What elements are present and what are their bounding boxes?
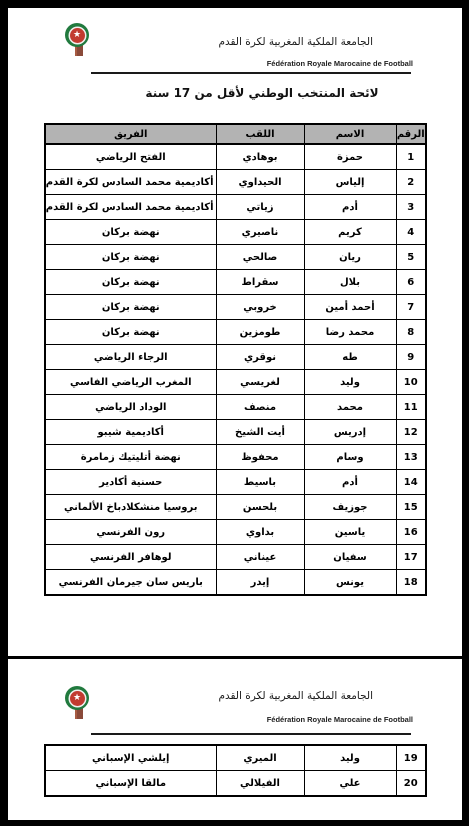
org-name-french: Fédération Royale Marocaine de Football	[267, 715, 413, 724]
cell-number: 5	[396, 245, 426, 270]
col-header-surname: اللقب	[216, 124, 304, 144]
col-header-team: الفريق	[45, 124, 216, 144]
cell-name: وسام	[304, 445, 396, 470]
roster-table-body: 19 وليد الميري إيلشي الإسباني 20 علي الف…	[45, 745, 426, 796]
table-row: 1 حمزة بوهادي الفتح الرياضي	[45, 144, 426, 170]
cell-surname: بداوي	[216, 520, 304, 545]
cell-team: نهضة بركان	[45, 245, 216, 270]
col-header-number: الرقم	[396, 124, 426, 144]
table-row: 12 إدريس أيت الشيخ أكاديمية شيبو	[45, 420, 426, 445]
cell-number: 10	[396, 370, 426, 395]
cell-surname: خروبي	[216, 295, 304, 320]
roster-table-page1: الرقم الاسم اللقب الفريق 1 حمزة بوهادي ا…	[44, 123, 427, 596]
cell-surname: الحيداوي	[216, 170, 304, 195]
table-row: 11 محمد منصف الوداد الرياضي	[45, 395, 426, 420]
crest-ring: ★	[65, 686, 89, 710]
org-name-arabic: الجامعة الملكية المغربية لكرة القدم	[218, 36, 373, 48]
cell-team: نهضة بركان	[45, 320, 216, 345]
cell-surname: الميري	[216, 745, 304, 771]
table-row: 5 ريان صالحي نهضة بركان	[45, 245, 426, 270]
table-row: 15 جوزيف بلحسن بروسيا منشكلادباخ الألمان…	[45, 495, 426, 520]
cell-number: 6	[396, 270, 426, 295]
cell-number: 19	[396, 745, 426, 771]
cell-surname: محفوظ	[216, 445, 304, 470]
cell-surname: طومزين	[216, 320, 304, 345]
cell-name: محمد رضا	[304, 320, 396, 345]
cell-surname: صالحي	[216, 245, 304, 270]
table-row: 20 علي الفيلالي مالقا الإسباني	[45, 771, 426, 797]
frmf-crest-icon: ★	[65, 23, 91, 67]
table-row: 7 أحمد أمين خروبي نهضة بركان	[45, 295, 426, 320]
cell-team: الفتح الرياضي	[45, 144, 216, 170]
cell-team: نهضة بركان	[45, 270, 216, 295]
document-page-1: ★ الجامعة الملكية المغربية لكرة القدم Fé…	[8, 8, 462, 656]
cell-team: نهضة أتليتيك زمامرة	[45, 445, 216, 470]
cell-number: 17	[396, 545, 426, 570]
cell-team: أكاديمية محمد السادس لكرة القدم	[45, 195, 216, 220]
cell-team: حسنية أكادير	[45, 470, 216, 495]
header-divider	[91, 733, 411, 735]
table-row: 6 بلال سقراط نهضة بركان	[45, 270, 426, 295]
cell-team: رون الفرنسي	[45, 520, 216, 545]
cell-name: محمد	[304, 395, 396, 420]
cell-name: وليد	[304, 370, 396, 395]
cell-number: 13	[396, 445, 426, 470]
cell-number: 16	[396, 520, 426, 545]
cell-team: أكاديمية شيبو	[45, 420, 216, 445]
roster-table-page2: 19 وليد الميري إيلشي الإسباني 20 علي الف…	[44, 744, 427, 797]
document-title: لائحة المنتخب الوطني لأقل من 17 سنة	[112, 86, 412, 100]
cell-surname: بوهادي	[216, 144, 304, 170]
table-row: 19 وليد الميري إيلشي الإسباني	[45, 745, 426, 771]
cell-team: نهضة بركان	[45, 220, 216, 245]
table-row: 9 طه نوقري الرجاء الرياضي	[45, 345, 426, 370]
table-row: 14 أدم باسيط حسنية أكادير	[45, 470, 426, 495]
cell-name: علي	[304, 771, 396, 797]
table-row: 17 سفيان عيناني لوهافر الفرنسي	[45, 545, 426, 570]
crest-center: ★	[70, 691, 85, 706]
roster-table-header: الرقم الاسم اللقب الفريق	[45, 124, 426, 144]
cell-team: لوهافر الفرنسي	[45, 545, 216, 570]
star-icon: ★	[73, 31, 81, 40]
cell-number: 1	[396, 144, 426, 170]
table-row: 8 محمد رضا طومزين نهضة بركان	[45, 320, 426, 345]
cell-name: حمزة	[304, 144, 396, 170]
cell-surname: عيناني	[216, 545, 304, 570]
cell-name: بلال	[304, 270, 396, 295]
cell-number: 9	[396, 345, 426, 370]
cell-name: ياسين	[304, 520, 396, 545]
table-row: 2 إلياس الحيداوي أكاديمية محمد السادس لك…	[45, 170, 426, 195]
table-row: 13 وسام محفوظ نهضة أتليتيك زمامرة	[45, 445, 426, 470]
cell-number: 2	[396, 170, 426, 195]
screenshot-root: { "header": { "org_name_arabic": "الجامع…	[0, 0, 469, 826]
cell-surname: الفيلالي	[216, 771, 304, 797]
header-divider	[91, 72, 411, 74]
cell-number: 4	[396, 220, 426, 245]
cell-number: 18	[396, 570, 426, 596]
cell-team: نهضة بركان	[45, 295, 216, 320]
cell-name: إلياس	[304, 170, 396, 195]
cell-number: 20	[396, 771, 426, 797]
roster-table-page1-wrapper: الرقم الاسم اللقب الفريق 1 حمزة بوهادي ا…	[44, 123, 427, 596]
crest-center: ★	[70, 28, 85, 43]
cell-name: أحمد أمين	[304, 295, 396, 320]
cell-name: أدم	[304, 195, 396, 220]
cell-name: جوزيف	[304, 495, 396, 520]
cell-number: 3	[396, 195, 426, 220]
cell-name: يونس	[304, 570, 396, 596]
cell-surname: منصف	[216, 395, 304, 420]
cell-surname: ناصيري	[216, 220, 304, 245]
cell-number: 8	[396, 320, 426, 345]
table-row: 18 يونس إيدر باريس سان جيرمان الفرنسي	[45, 570, 426, 596]
frmf-crest-icon: ★	[65, 686, 91, 730]
cell-team: أكاديمية محمد السادس لكرة القدم	[45, 170, 216, 195]
cell-surname: إيدر	[216, 570, 304, 596]
table-row: 10 وليد لغريسي المغرب الرياضي الفاسي	[45, 370, 426, 395]
roster-table-page2-wrapper: 19 وليد الميري إيلشي الإسباني 20 علي الف…	[44, 744, 427, 797]
cell-name: طه	[304, 345, 396, 370]
cell-surname: نوقري	[216, 345, 304, 370]
col-header-name: الاسم	[304, 124, 396, 144]
cell-name: ريان	[304, 245, 396, 270]
cell-team: إيلشي الإسباني	[45, 745, 216, 771]
cell-name: كريم	[304, 220, 396, 245]
cell-name: وليد	[304, 745, 396, 771]
cell-surname: لغريسي	[216, 370, 304, 395]
cell-team: الرجاء الرياضي	[45, 345, 216, 370]
cell-team: باريس سان جيرمان الفرنسي	[45, 570, 216, 596]
cell-surname: بلحسن	[216, 495, 304, 520]
crest-ring: ★	[65, 23, 89, 47]
cell-surname: زياتي	[216, 195, 304, 220]
table-row: 3 أدم زياتي أكاديمية محمد السادس لكرة ال…	[45, 195, 426, 220]
cell-name: إدريس	[304, 420, 396, 445]
org-name-french: Fédération Royale Marocaine de Football	[267, 59, 413, 68]
table-row: 16 ياسين بداوي رون الفرنسي	[45, 520, 426, 545]
cell-surname: أيت الشيخ	[216, 420, 304, 445]
cell-team: مالقا الإسباني	[45, 771, 216, 797]
cell-team: الوداد الرياضي	[45, 395, 216, 420]
header-row: الرقم الاسم اللقب الفريق	[45, 124, 426, 144]
cell-name: سفيان	[304, 545, 396, 570]
roster-table-body: 1 حمزة بوهادي الفتح الرياضي 2 إلياس الحي…	[45, 144, 426, 595]
cell-number: 12	[396, 420, 426, 445]
cell-number: 7	[396, 295, 426, 320]
cell-surname: سقراط	[216, 270, 304, 295]
cell-number: 15	[396, 495, 426, 520]
document-page-2: ★ الجامعة الملكية المغربية لكرة القدم Fé…	[8, 659, 462, 820]
org-name-arabic: الجامعة الملكية المغربية لكرة القدم	[218, 690, 373, 702]
cell-team: المغرب الرياضي الفاسي	[45, 370, 216, 395]
cell-team: بروسيا منشكلادباخ الألماني	[45, 495, 216, 520]
cell-number: 14	[396, 470, 426, 495]
cell-number: 11	[396, 395, 426, 420]
cell-surname: باسيط	[216, 470, 304, 495]
cell-name: أدم	[304, 470, 396, 495]
star-icon: ★	[73, 694, 81, 703]
table-row: 4 كريم ناصيري نهضة بركان	[45, 220, 426, 245]
